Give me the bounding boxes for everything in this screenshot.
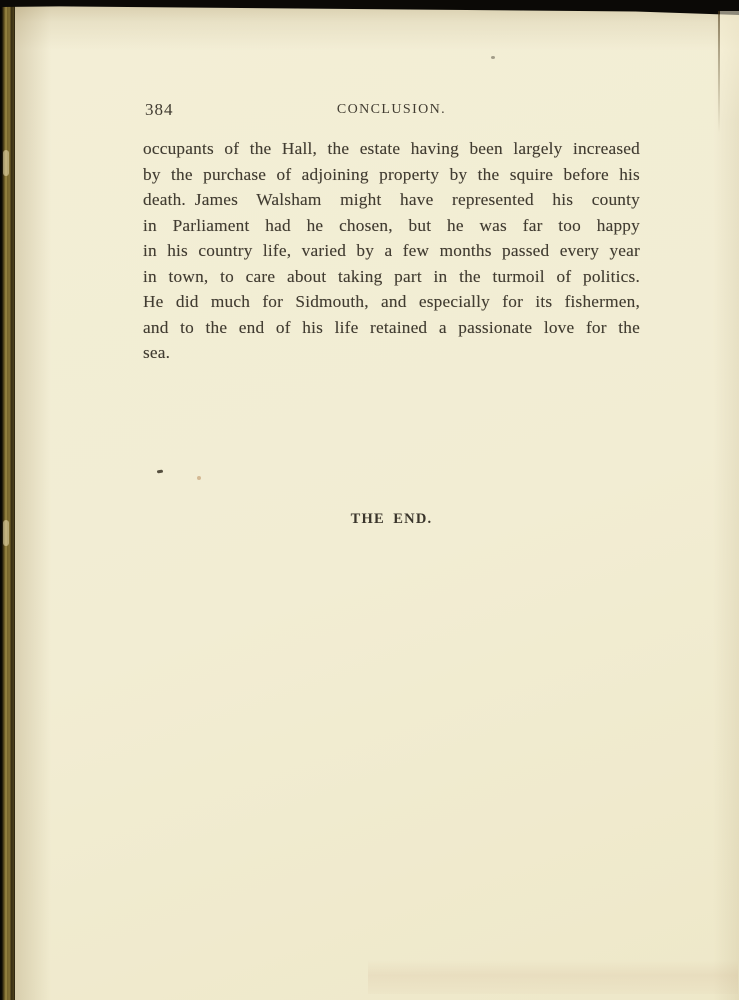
binding-sewing-notch: [3, 150, 9, 176]
scanned-book-page: 384 CONCLUSION. occupants of the Hall, t…: [0, 0, 739, 1000]
body-line: He did much for Sidmouth, and especially…: [143, 289, 640, 315]
paper-speck: [197, 476, 201, 480]
body-line: in Parliament had he chosen, but he was …: [143, 213, 640, 239]
body-line: occupants of the Hall, the estate having…: [143, 136, 640, 162]
body-line: in his country life, varied by a few mon…: [143, 238, 640, 264]
running-header: CONCLUSION.: [143, 102, 640, 118]
body-line: in town, to care about taking part in th…: [143, 264, 640, 290]
body-line: death. James Walsham might have represen…: [143, 187, 640, 213]
body-line: by the purchase of adjoining property by…: [143, 162, 640, 188]
body-line: sea.: [143, 340, 640, 366]
book-spine-binding: [0, 0, 15, 1000]
underlying-page-shadow: [368, 960, 738, 994]
body-paragraph: occupants of the Hall, the estate having…: [143, 136, 640, 366]
next-page-edge-highlight: [720, 11, 739, 123]
paper-speck: [491, 56, 495, 59]
body-line: and to the end of his life retained a pa…: [143, 315, 640, 341]
binding-sewing-notch: [3, 520, 9, 546]
the-end-label: THE END.: [143, 511, 640, 528]
